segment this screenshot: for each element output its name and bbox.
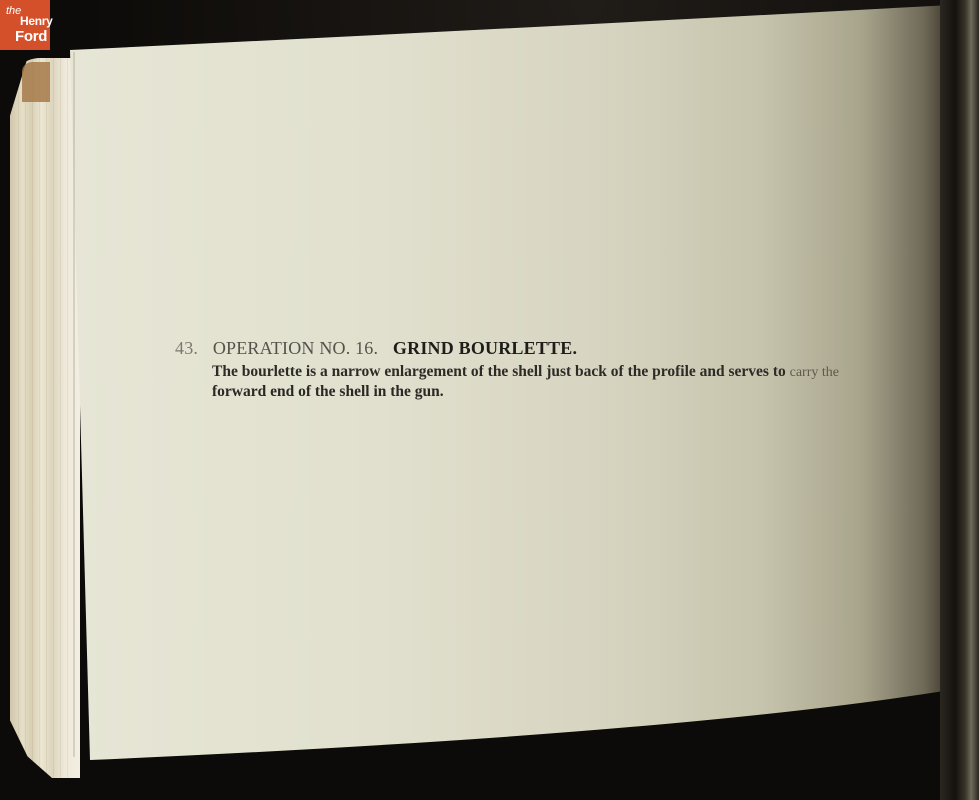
body-line-2: forward end of the shell in the gun. — [212, 382, 942, 401]
logo-text-the: the — [6, 5, 21, 17]
page-fold-line — [73, 52, 75, 757]
body-line-1-tail: carry the — [790, 365, 839, 380]
book-cover-edge — [22, 62, 50, 102]
body-paragraph: The bourlette is a narrow enlargement of… — [212, 362, 942, 401]
operation-title: GRIND BOURLETTE. — [393, 338, 577, 358]
section-heading: 43. OPERATION NO. 16. GRIND BOURLETTE. — [175, 338, 577, 359]
book-gutter — [940, 0, 979, 800]
page-block-edge — [10, 58, 80, 778]
body-line-1: The bourlette is a narrow enlargement of… — [212, 362, 942, 382]
logo-text-ford: Ford — [15, 28, 47, 45]
logo-text-henry: Henry — [20, 14, 53, 28]
operation-label: OPERATION NO. 16. — [213, 338, 378, 358]
henry-ford-logo: the Henry Ford — [0, 0, 50, 50]
section-number: 43. — [175, 338, 198, 358]
body-line-1-main: The bourlette is a narrow enlargement of… — [212, 363, 786, 380]
